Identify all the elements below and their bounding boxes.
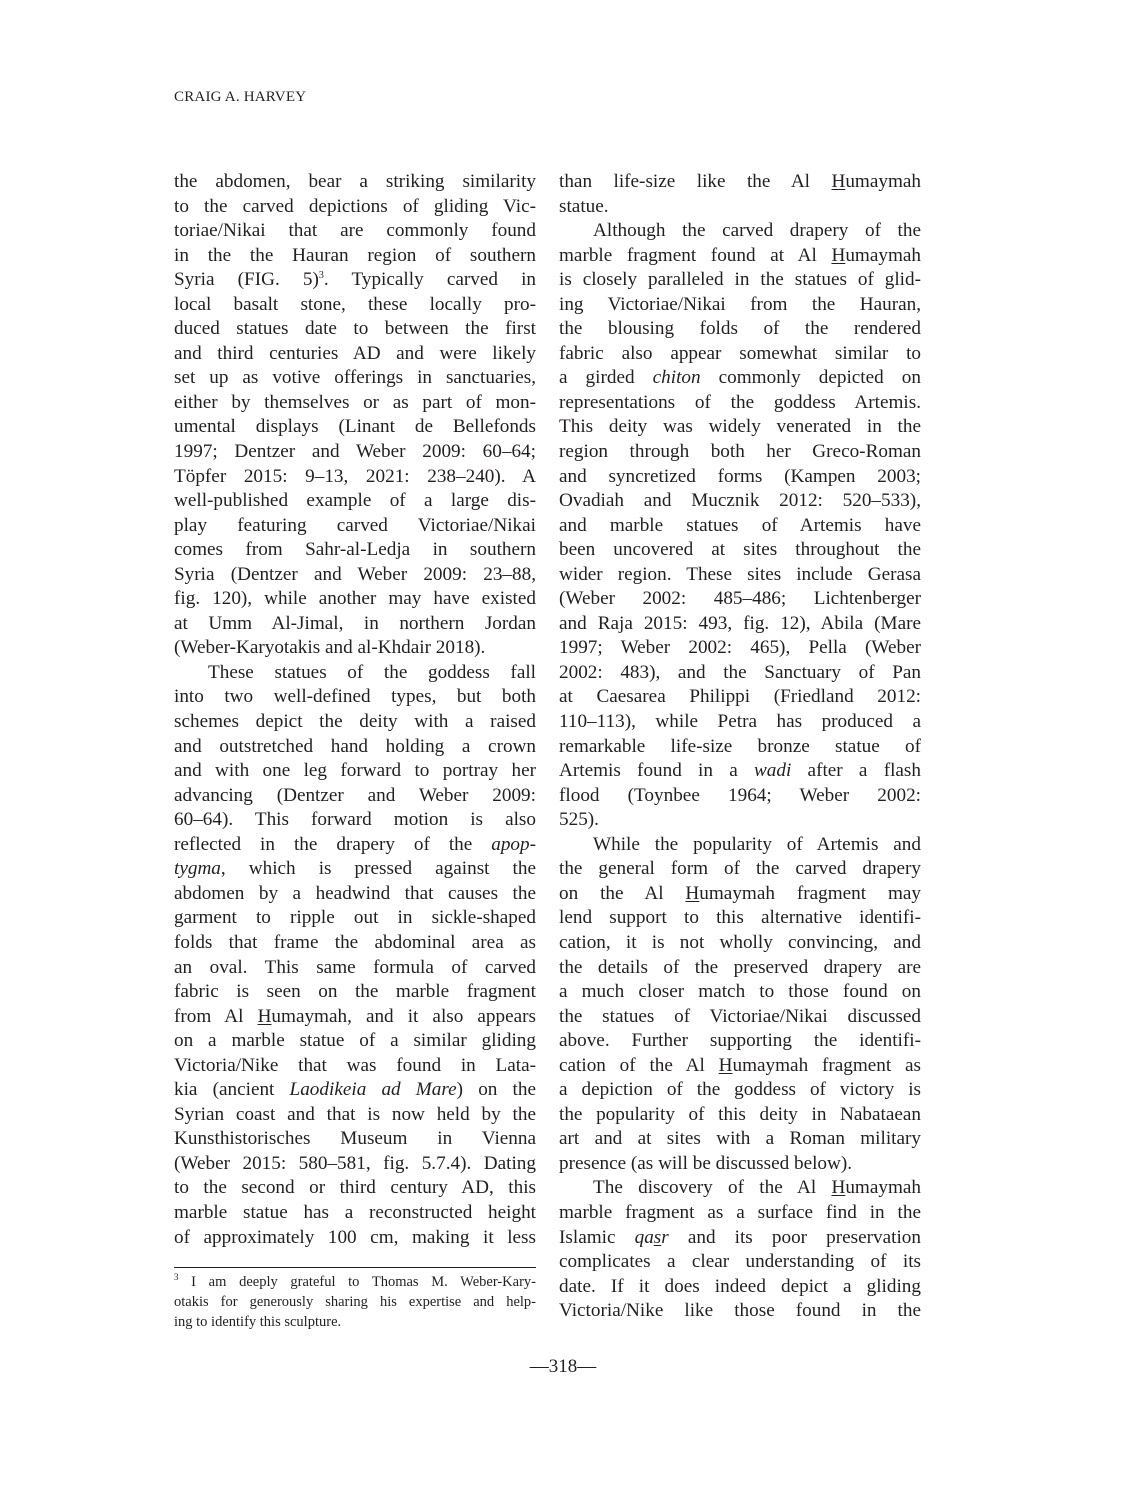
text-line: a girded chiton commonly depicted on bbox=[559, 366, 921, 391]
text-line: cation of the Al Humaymah fragment as bbox=[559, 1054, 921, 1079]
text-line: been uncovered at sites throughout the bbox=[559, 538, 921, 563]
paragraph-start: The discovery of the Al Humaymah bbox=[559, 1176, 921, 1201]
text-line: cation, it is not wholly convincing, and bbox=[559, 931, 921, 956]
text-line: 60–64). This forward motion is also bbox=[174, 808, 536, 833]
italic-term: wadi bbox=[754, 760, 791, 781]
text-line: local basalt stone, these locally pro- bbox=[174, 293, 536, 318]
text-line: Kunsthistorisches Museum in Vienna bbox=[174, 1127, 536, 1152]
text-line: complicates a clear understanding of its bbox=[559, 1250, 921, 1275]
text-line: statue. bbox=[559, 195, 921, 220]
text-line: marble fragment found at Al Humaymah bbox=[559, 244, 921, 269]
footnote-line: 3 I am deeply grateful to Thomas M. Webe… bbox=[174, 1272, 536, 1292]
text-line: on the Al Humaymah fragment may bbox=[559, 882, 921, 907]
text-line: (Weber 2015: 580–581, fig. 5.7.4). Datin… bbox=[174, 1152, 536, 1177]
text-line: umental displays (Linant de Bellefonds bbox=[174, 415, 536, 440]
text-line: wider region. These sites include Gerasa bbox=[559, 563, 921, 588]
text-line: fabric also appear somewhat similar to bbox=[559, 342, 921, 367]
text-line: date. If it does indeed depict a gliding bbox=[559, 1275, 921, 1300]
paragraph-start: These statues of the goddess fall bbox=[174, 661, 536, 686]
text-line: kia (ancient Laodikeia ad Mare) on the bbox=[174, 1078, 536, 1103]
text-line: fabric is seen on the marble fragment bbox=[174, 980, 536, 1005]
text-line: in the the Hauran region of southern bbox=[174, 244, 536, 269]
text-line: the blousing folds of the rendered bbox=[559, 317, 921, 342]
italic-term: qasr bbox=[635, 1227, 669, 1248]
text-line: Islamic qasr and its poor preservation bbox=[559, 1226, 921, 1251]
text-line: This deity was widely venerated in the bbox=[559, 415, 921, 440]
text-line: art and at sites with a Roman military bbox=[559, 1127, 921, 1152]
text-line: either by themselves or as part of mon- bbox=[174, 391, 536, 416]
text-line: schemes depict the deity with a raised bbox=[174, 710, 536, 735]
italic-term: Laodikeia ad Mare bbox=[290, 1079, 457, 1100]
footnote-divider bbox=[174, 1267, 536, 1268]
text-line: the general form of the carved drapery bbox=[559, 857, 921, 882]
text-line: and third centuries AD and were likely bbox=[174, 342, 536, 367]
text-line: 525). bbox=[559, 808, 921, 833]
text-line: a depiction of the goddess of victory is bbox=[559, 1078, 921, 1103]
text-line: the popularity of this deity in Nabataea… bbox=[559, 1103, 921, 1128]
footnote-line: otakis for generously sharing his expert… bbox=[174, 1292, 536, 1312]
text-line: into two well-defined types, but both bbox=[174, 685, 536, 710]
running-head: CRAIG A. HARVEY bbox=[174, 89, 306, 106]
text-line: and outstretched hand holding a crown bbox=[174, 735, 536, 760]
text-line: at Umm Al-Jimal, in northern Jordan bbox=[174, 612, 536, 637]
text-line: 1997; Dentzer and Weber 2009: 60–64; bbox=[174, 440, 536, 465]
paragraph-start: While the popularity of Artemis and bbox=[559, 833, 921, 858]
text-line: on a marble statue of a similar gliding bbox=[174, 1029, 536, 1054]
text-line: play featuring carved Victoriae/Nikai bbox=[174, 514, 536, 539]
text-line: is closely paralleled in the statues of … bbox=[559, 268, 921, 293]
text-line: Syria (FIG. 5)3. Typically carved in bbox=[174, 268, 536, 293]
text-line: the details of the preserved drapery are bbox=[559, 956, 921, 981]
right-column: than life-size like the Al Humaymah stat… bbox=[559, 170, 921, 1324]
text-line: ing Victoriae/Nikai from the Hauran, bbox=[559, 293, 921, 318]
text-line: at Caesarea Philippi (Friedland 2012: bbox=[559, 685, 921, 710]
text-line: and Raja 2015: 493, fig. 12), Abila (Mar… bbox=[559, 612, 921, 637]
text-line: lend support to this alternative identif… bbox=[559, 906, 921, 931]
text-line: 1997; Weber 2002: 465), Pella (Weber bbox=[559, 636, 921, 661]
paragraph-start: Although the carved drapery of the bbox=[559, 219, 921, 244]
text-line: Victoria/Nike that was found in Lata- bbox=[174, 1054, 536, 1079]
text-line: 2002: 483), and the Sanctuary of Pan bbox=[559, 661, 921, 686]
text-line: Victoria/Nike like those found in the bbox=[559, 1299, 921, 1324]
text-line: representations of the goddess Artemis. bbox=[559, 391, 921, 416]
text-line: Töpfer 2015: 9–13, 2021: 238–240). A bbox=[174, 465, 536, 490]
text-line: of approximately 100 cm, making it less bbox=[174, 1226, 536, 1251]
text-line: a much closer match to those found on bbox=[559, 980, 921, 1005]
text-line: region through both her Greco-Roman bbox=[559, 440, 921, 465]
text-line: the abdomen, bear a striking similarity bbox=[174, 170, 536, 195]
text-line: marble statue has a reconstructed height bbox=[174, 1201, 536, 1226]
text-line: the statues of Victoriae/Nikai discussed bbox=[559, 1005, 921, 1030]
text-line: abdomen by a headwind that causes the bbox=[174, 882, 536, 907]
text-line: above. Further supporting the identifi- bbox=[559, 1029, 921, 1054]
footnote: 3 I am deeply grateful to Thomas M. Webe… bbox=[174, 1272, 536, 1332]
text-line: to the carved depictions of gliding Vic- bbox=[174, 195, 536, 220]
text-line: garment to ripple out in sickle-shaped bbox=[174, 906, 536, 931]
text-line: fig. 120), while another may have existe… bbox=[174, 587, 536, 612]
text-line: duced statues date to between the first bbox=[174, 317, 536, 342]
text-line: from Al Humaymah, and it also appears bbox=[174, 1005, 536, 1030]
text-line: (Weber-Karyotakis and al-Khdair 2018). bbox=[174, 636, 536, 661]
text-line: presence (as will be discussed below). bbox=[559, 1152, 921, 1177]
text-line: toriae/Nikai that are commonly found bbox=[174, 219, 536, 244]
text-line: and with one leg forward to portray her bbox=[174, 759, 536, 784]
page-number: —318— bbox=[0, 1356, 1126, 1378]
text-line: advancing (Dentzer and Weber 2009: bbox=[174, 784, 536, 809]
text-line: (Weber 2002: 485–486; Lichtenberger bbox=[559, 587, 921, 612]
text-line: than life-size like the Al Humaymah bbox=[559, 170, 921, 195]
text-line: to the second or third century AD, this bbox=[174, 1176, 536, 1201]
text-line: remarkable life-size bronze statue of bbox=[559, 735, 921, 760]
italic-term: chiton bbox=[653, 367, 701, 388]
footnote-line: ing to identify this sculpture. bbox=[174, 1312, 536, 1332]
text-line: reflected in the drapery of the apop- bbox=[174, 833, 536, 858]
text-line: Artemis found in a wadi after a flash bbox=[559, 759, 921, 784]
text-line: well-published example of a large dis- bbox=[174, 489, 536, 514]
text-line: 110–113), while Petra has produced a bbox=[559, 710, 921, 735]
text-line: flood (Toynbee 1964; Weber 2002: bbox=[559, 784, 921, 809]
text-line: marble fragment as a surface find in the bbox=[559, 1201, 921, 1226]
text-line: an oval. This same formula of carved bbox=[174, 956, 536, 981]
text-line: Ovadiah and Mucznik 2012: 520–533), bbox=[559, 489, 921, 514]
text-line: comes from Sahr-al-Ledja in southern bbox=[174, 538, 536, 563]
text-line: folds that frame the abdominal area as bbox=[174, 931, 536, 956]
text-line: tygma, which is pressed against the bbox=[174, 857, 536, 882]
text-line: Syria (Dentzer and Weber 2009: 23–88, bbox=[174, 563, 536, 588]
text-line: set up as votive offerings in sanctuarie… bbox=[174, 366, 536, 391]
left-column: the abdomen, bear a striking similarity … bbox=[174, 170, 536, 1250]
italic-term: tygma bbox=[174, 858, 221, 879]
text-line: and marble statues of Artemis have bbox=[559, 514, 921, 539]
text-line: and syncretized forms (Kampen 2003; bbox=[559, 465, 921, 490]
italic-term: apop- bbox=[491, 834, 536, 855]
text-line: Syrian coast and that is now held by the bbox=[174, 1103, 536, 1128]
